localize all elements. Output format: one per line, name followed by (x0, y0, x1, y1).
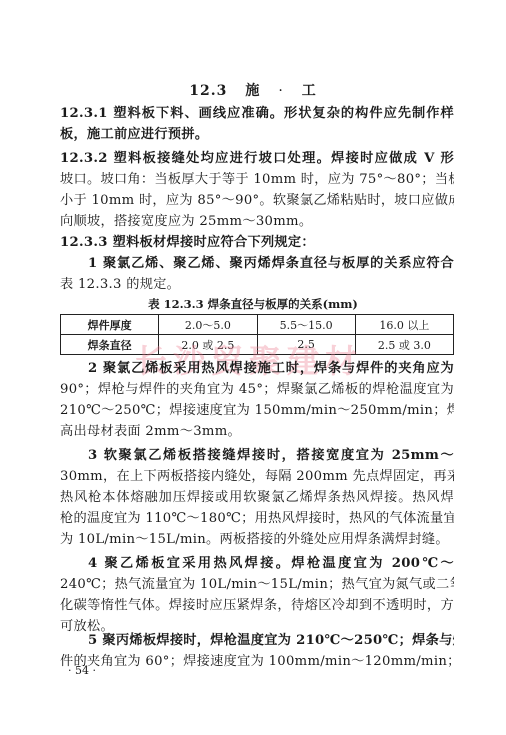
item-5: 5 聚丙烯板焊接时，焊枪温度宜为 210℃～250℃；焊条与焊 (60, 630, 454, 651)
item-3-line2: 30mm，在上下两板搭接内缝处，每隔 200mm 先点焊固定，再采用 (60, 466, 454, 487)
clause-12-3-2: 12.3.2 塑料板接缝处均应进行坡口处理。焊接时应做成 V 形 (60, 148, 454, 169)
clause-12-3-1-cont: 板，施工前应进行预拼。 (60, 124, 454, 145)
item-4-line3: 化碳等惰性气体。焊接时应压紧焊条，待熔区冷却到不透明时，方 (60, 595, 454, 616)
item-2-line3: 210℃～250℃；焊接速度宜为 150mm/min～250mm/min；焊缝应 (60, 400, 454, 421)
item-1-cont: 表 12.3.3 的规定。 (60, 274, 454, 295)
table-caption: 表 12.3.3 焊条直径与板厚的关系(mm) (0, 296, 506, 312)
item-5-line2: 件的夹角宜为 60°；焊接速度宜为 100mm/min～120mm/min；热 (60, 651, 454, 672)
item-2-line4: 高出母材表面 2mm～3mm。 (60, 421, 454, 442)
section-dot: · (278, 83, 283, 99)
item-1: 1 聚氯乙烯、聚乙烯、聚丙烯焊条直径与板厚的关系应符合 (60, 253, 454, 274)
section-title-b: 工 (302, 83, 317, 99)
item-2-line2: 90°；焊枪与焊件的夹角宜为 45°；焊聚氯乙烯板的焊枪温度宜为 (60, 379, 454, 400)
item-3-line3: 热风枪本体熔融加压焊接或用软聚氯乙烯焊条热风焊接。热风焊 (60, 487, 454, 508)
item-4: 4 聚乙烯板宜采用热风焊接。焊枪温度宜为 200℃～ (60, 553, 454, 574)
table-row: 焊条直径 2.0 或 2.5 2.5 2.5 或 3.0 (61, 335, 454, 355)
item-2: 2 聚氯乙烯板采用热风焊接施工时，焊条与焊件的夹角应为 (60, 358, 454, 379)
clause-12-3-2-line2: 坡口。坡口角：当板厚大于等于 10mm 时，应为 75°～80°；当板厚 (60, 169, 454, 190)
item-3: 3 软聚氯乙烯板搭接缝焊接时，搭接宽度宜为 25mm～ (60, 445, 454, 466)
section-heading: 12.3施·工 (0, 80, 506, 100)
document-page: 12.3施·工 12.3.1 塑料板下料、画线应准确。形状复杂的构件应先制作样 … (0, 0, 506, 735)
clause-12-3-1: 12.3.1 塑料板下料、画线应准确。形状复杂的构件应先制作样 (60, 103, 454, 124)
item-3-line5: 为 10L/min～15L/min。两板搭接的外缝处应用焊条满焊封缝。 (60, 529, 454, 550)
clause-12-3-2-line4: 向顺坡，搭接宽度应为 25mm～30mm。 (60, 211, 454, 232)
clause-12-3-3: 12.3.3 塑料板材焊接时应符合下列规定： (60, 232, 454, 253)
section-number: 12.3 (189, 83, 227, 99)
section-title-a: 施 (245, 83, 260, 99)
item-4-line2: 240℃；热气流量宜为 10L/min～15L/min；热气宜为氮气或二氧 (60, 574, 454, 595)
spec-table: 焊件厚度 2.0～5.0 5.5～15.0 16.0 以上 焊条直径 2.0 或… (60, 314, 454, 355)
page-number: · 54 · (68, 664, 96, 677)
item-3-line4: 枪的温度宜为 110℃～180℃；用热风焊接时，热风的气体流量宜 (60, 508, 454, 529)
clause-12-3-2-line3: 小于 10mm 时，应为 85°～90°。软聚氯乙烯粘贴时，坡口应做成同 (60, 190, 454, 211)
table-row: 焊件厚度 2.0～5.0 5.5～15.0 16.0 以上 (61, 315, 454, 335)
